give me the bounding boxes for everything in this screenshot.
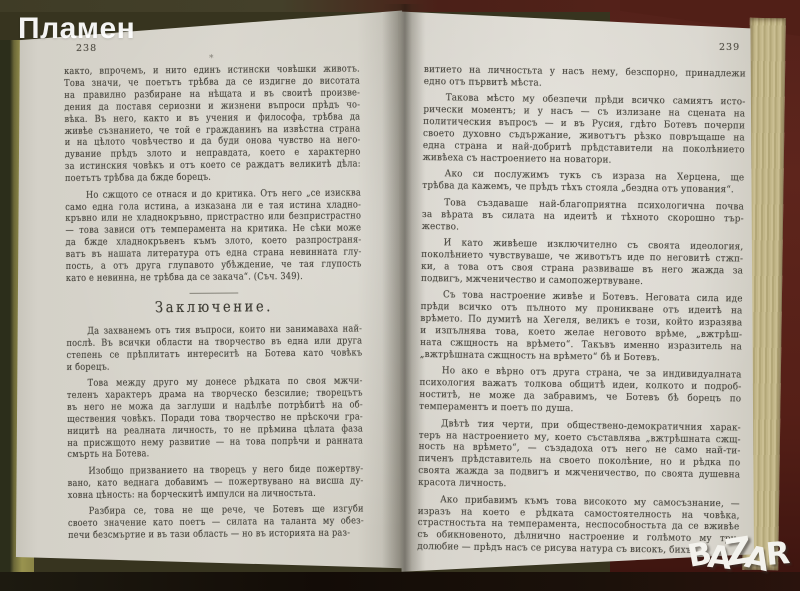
paragraph: И като живѣеше изключително съ своята ид… [421, 237, 744, 289]
bazar-watermark: BAZAR [688, 537, 800, 573]
paragraph: Но сжщото се отнася и до критика. Отъ не… [65, 187, 362, 285]
text-line: като е невинна, не трѣбва да се закача“.… [66, 270, 362, 284]
left-page-text: както, впрочемъ, и нито единъ истински ч… [64, 63, 364, 546]
paragraph: Такова мѣсто му обезпечи прѣди всичко са… [423, 92, 746, 168]
text-line: печи безсмъртие и въ тази область — но в… [68, 527, 364, 541]
paragraph: както, впрочемъ, и нито единъ истински ч… [64, 63, 361, 185]
paragraph: Изобщо призванието на творецъ у него бид… [67, 463, 363, 501]
paragraph: Съ това настроение живѣе и Ботевъ. Негов… [420, 289, 743, 365]
paragraph: Ако си послужимъ тукъ съ израза на Херце… [422, 168, 744, 196]
site-watermark: Пламен [18, 12, 135, 46]
section-divider [190, 292, 239, 293]
paragraph: Да захванемъ отъ тия въпроси, които ни з… [66, 323, 362, 373]
paragraph: Но ако е вѣрно отъ друга страна, че за и… [419, 365, 742, 417]
paragraph: Това между друго му донесе рѣдката по св… [67, 375, 364, 461]
page-number-right: 239 [719, 42, 740, 53]
paragraph: Разбира се, това не ще рече, че Ботевъ щ… [68, 504, 364, 542]
right-page-text: витието на личностьта у насъ нему, безсп… [417, 64, 746, 562]
text-line: ховна цѣность: на борческитѣ импулси на … [68, 487, 364, 501]
text-line: смърть на Ботева. [67, 447, 363, 461]
text-line: поетътъ трѣбва да бжде борецъ. [65, 171, 361, 185]
table-background-bottom [0, 572, 800, 591]
paragraph: Двѣтѣ тия черти, при обществено-демократ… [418, 418, 741, 494]
section-heading: Заключение. [66, 300, 362, 314]
paragraph: Това създаваше най-благоприятна психолог… [422, 197, 744, 237]
paragraph: витието на личностьта у насъ нему, безсп… [424, 64, 746, 92]
bazar-watermark-letter: R [765, 535, 792, 573]
printers-mark: * [209, 54, 214, 64]
